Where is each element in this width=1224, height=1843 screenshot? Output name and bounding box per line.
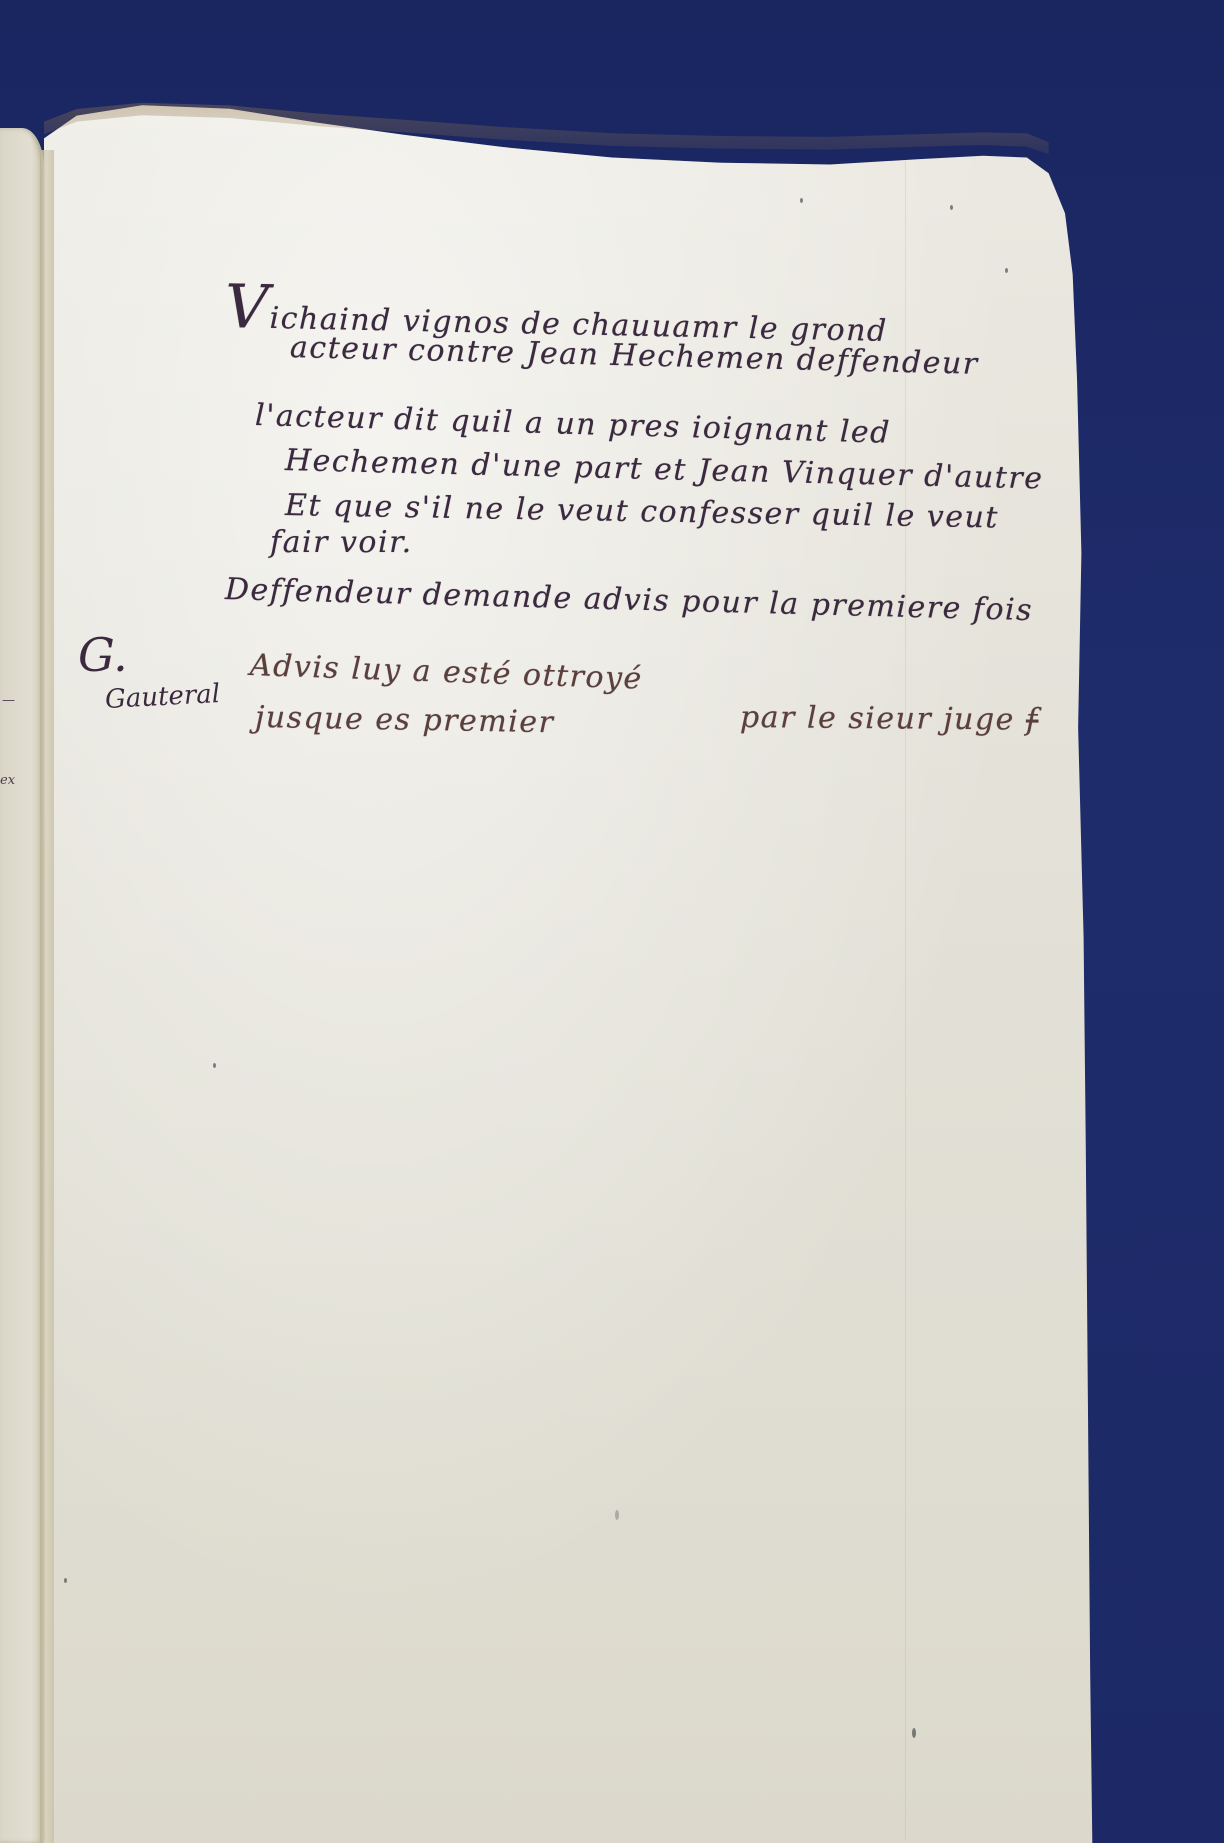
paper-speck [950,205,953,210]
previous-page-mark: — [2,693,15,708]
paper-speck [213,1063,216,1068]
previous-page-mark: ex [0,773,15,788]
paper-fold [905,160,906,1840]
struck-text: f [1026,702,1039,737]
ruling-line-1-end: par le sieur juge f [740,700,1039,738]
entry-body-line: fair voir. [270,525,413,560]
paper-speck [912,1728,916,1738]
paper-speck [1005,268,1008,273]
paper-speck [615,1510,619,1520]
ruling-line-2: jusque es premier [255,700,555,740]
margin-signature: Gauteral [104,679,221,715]
paper-speck [800,198,803,203]
paper-speck [64,1578,67,1583]
binding-gutter [40,150,54,1843]
previous-page-edge: — ex [0,128,44,1843]
margin-initial: G. [78,628,128,682]
ruling-judge-text: par le sieur juge [740,700,1015,737]
